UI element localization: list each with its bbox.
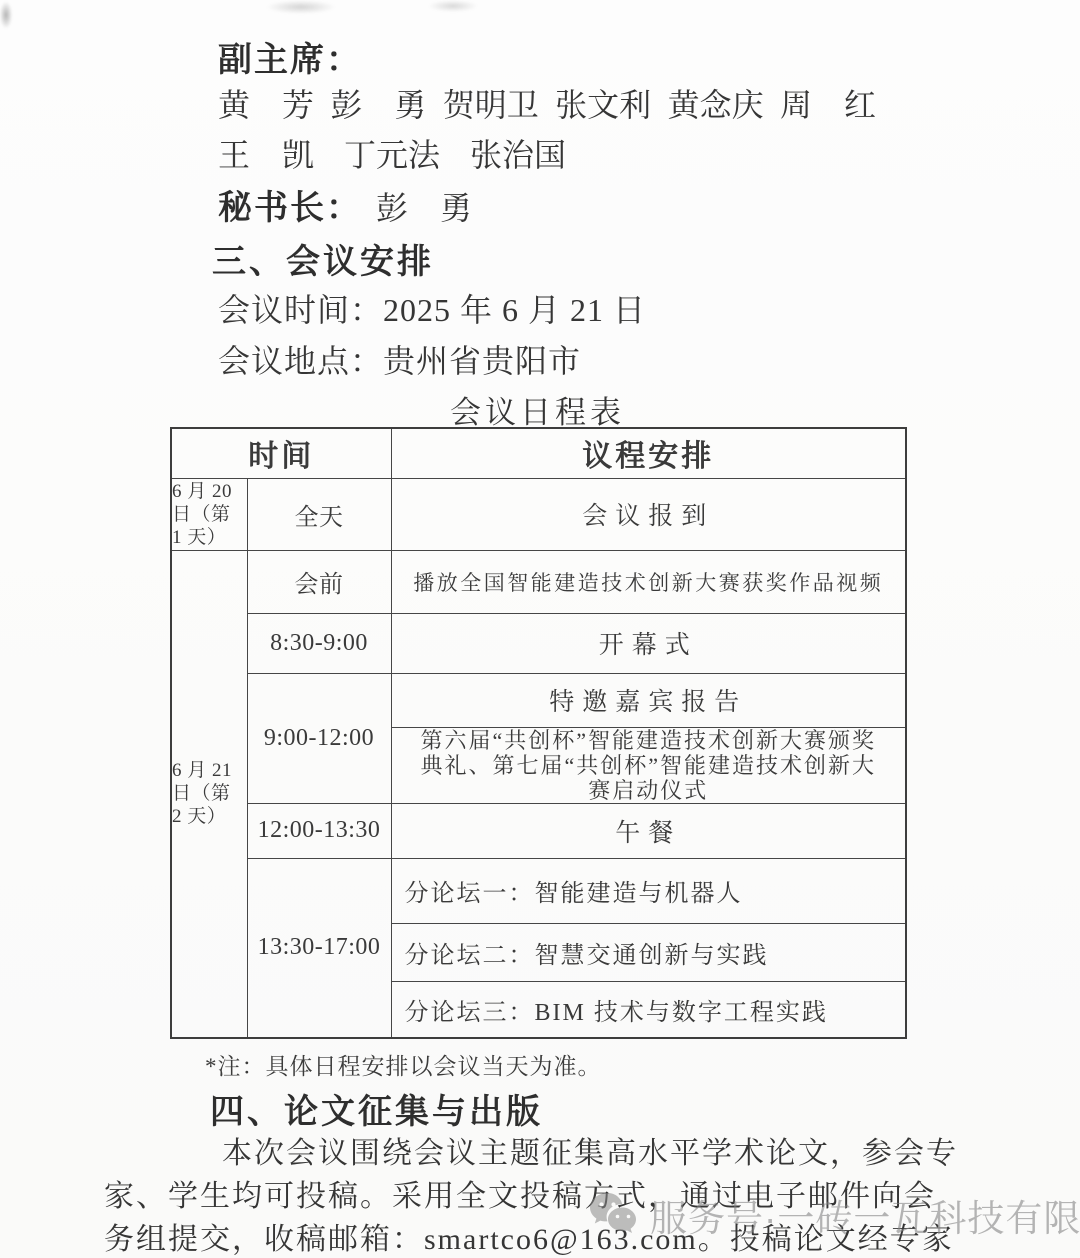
person-name: 张治国 <box>470 130 566 176</box>
table-row: 8:30-9:00 开幕式 <box>171 613 906 673</box>
agenda-cell: 特邀嘉宾报告 <box>391 673 906 727</box>
table-row: 6 月 21 日（第 2 天） 会前 播放全国智能建造技术创新大赛获奖作品视频 <box>171 550 906 613</box>
agenda-cell: 第六届“共创杯”智能建造技术创新大赛颁奖 典礼、第七届“共创杯”智能建造技术创新… <box>391 727 906 803</box>
agenda-cell: 播放全国智能建造技术创新大赛获奖作品视频 <box>391 550 906 613</box>
schedule-note: *注：具体日程安排以会议当天为准。 <box>205 1048 602 1081</box>
schedule-caption: 会议日程表 <box>170 387 905 432</box>
col-header-time: 时间 <box>171 428 391 478</box>
agenda-cell: 午餐 <box>391 803 906 858</box>
vice-chair-names-row2: 王 凯 丁元法 张治国 <box>218 130 566 176</box>
vice-chair-label: 副主席： <box>218 32 362 81</box>
watermark-text: 服务号·一砖一瓦科技有限公司 <box>650 1188 1080 1242</box>
person-name: 黄 芳 <box>218 80 314 126</box>
secretary-name: 彭 勇 <box>376 183 472 229</box>
table-row: 12:00-13:30 午餐 <box>171 803 906 858</box>
time-cell: 会前 <box>247 550 391 613</box>
time-cell: 全天 <box>247 478 391 550</box>
scan-artifact <box>266 0 336 14</box>
agenda-cell: 分论坛三：BIM 技术与数字工程实践 <box>391 981 906 1038</box>
person-name: 王 凯 <box>218 130 314 176</box>
section3-title: 三、会议安排 <box>212 234 434 283</box>
scan-artifact <box>0 2 12 28</box>
table-row: 6 月 20 日（第 1 天） 全天 会议报到 <box>171 478 906 550</box>
schedule-header-row: 时间 议程安排 <box>171 428 906 478</box>
agenda-cell: 分论坛一：智能建造与机器人 <box>391 858 906 923</box>
section4-title: 四、论文征集与出版 <box>210 1084 543 1133</box>
person-name: 周 红 <box>780 80 876 126</box>
person-name: 贺明卫 <box>443 80 539 126</box>
scan-artifact <box>428 0 478 12</box>
scanned-document-page: 副主席： 黄 芳 彭 勇 贺明卫 张文利 黄念庆 周 红 王 凯 丁元法 张治国… <box>0 0 1080 1258</box>
table-row: 9:00-12:00 特邀嘉宾报告 <box>171 673 906 727</box>
meeting-time-line: 会议时间：2025 年 6 月 21 日 <box>218 285 646 331</box>
agenda-cell: 会议报到 <box>391 478 906 550</box>
secretary-label: 秘书长： <box>218 180 362 229</box>
person-name: 彭 勇 <box>330 80 426 126</box>
watermark: 服务号·一砖一瓦科技有限公司 <box>588 1188 1080 1242</box>
time-cell: 9:00-12:00 <box>247 673 391 803</box>
person-name: 丁元法 <box>344 130 440 176</box>
date-cell-day2: 6 月 21 日（第 2 天） <box>171 550 247 1038</box>
col-header-agenda: 议程安排 <box>391 428 906 478</box>
date-cell-day1: 6 月 20 日（第 1 天） <box>171 478 247 550</box>
time-cell: 8:30-9:00 <box>247 613 391 673</box>
schedule-table: 时间 议程安排 6 月 20 日（第 1 天） 全天 会议报到 6 月 21 日… <box>170 427 907 1039</box>
secretary-line: 秘书长： 彭 勇 <box>218 180 472 229</box>
wechat-icon <box>588 1191 642 1239</box>
paragraph-line: 本次会议围绕会议主题征集高水平学术论文，参会专 <box>222 1128 958 1172</box>
person-name: 张文利 <box>555 80 651 126</box>
person-name: 黄念庆 <box>668 80 764 126</box>
table-row: 13:30-17:00 分论坛一：智能建造与机器人 <box>171 858 906 923</box>
agenda-cell: 开幕式 <box>391 613 906 673</box>
vice-chair-names-row1: 黄 芳 彭 勇 贺明卫 张文利 黄念庆 周 红 <box>218 80 876 126</box>
time-cell: 12:00-13:30 <box>247 803 391 858</box>
time-cell: 13:30-17:00 <box>247 858 391 1038</box>
meeting-place-line: 会议地点：贵州省贵阳市 <box>218 336 581 382</box>
agenda-cell: 分论坛二：智慧交通创新与实践 <box>391 923 906 981</box>
